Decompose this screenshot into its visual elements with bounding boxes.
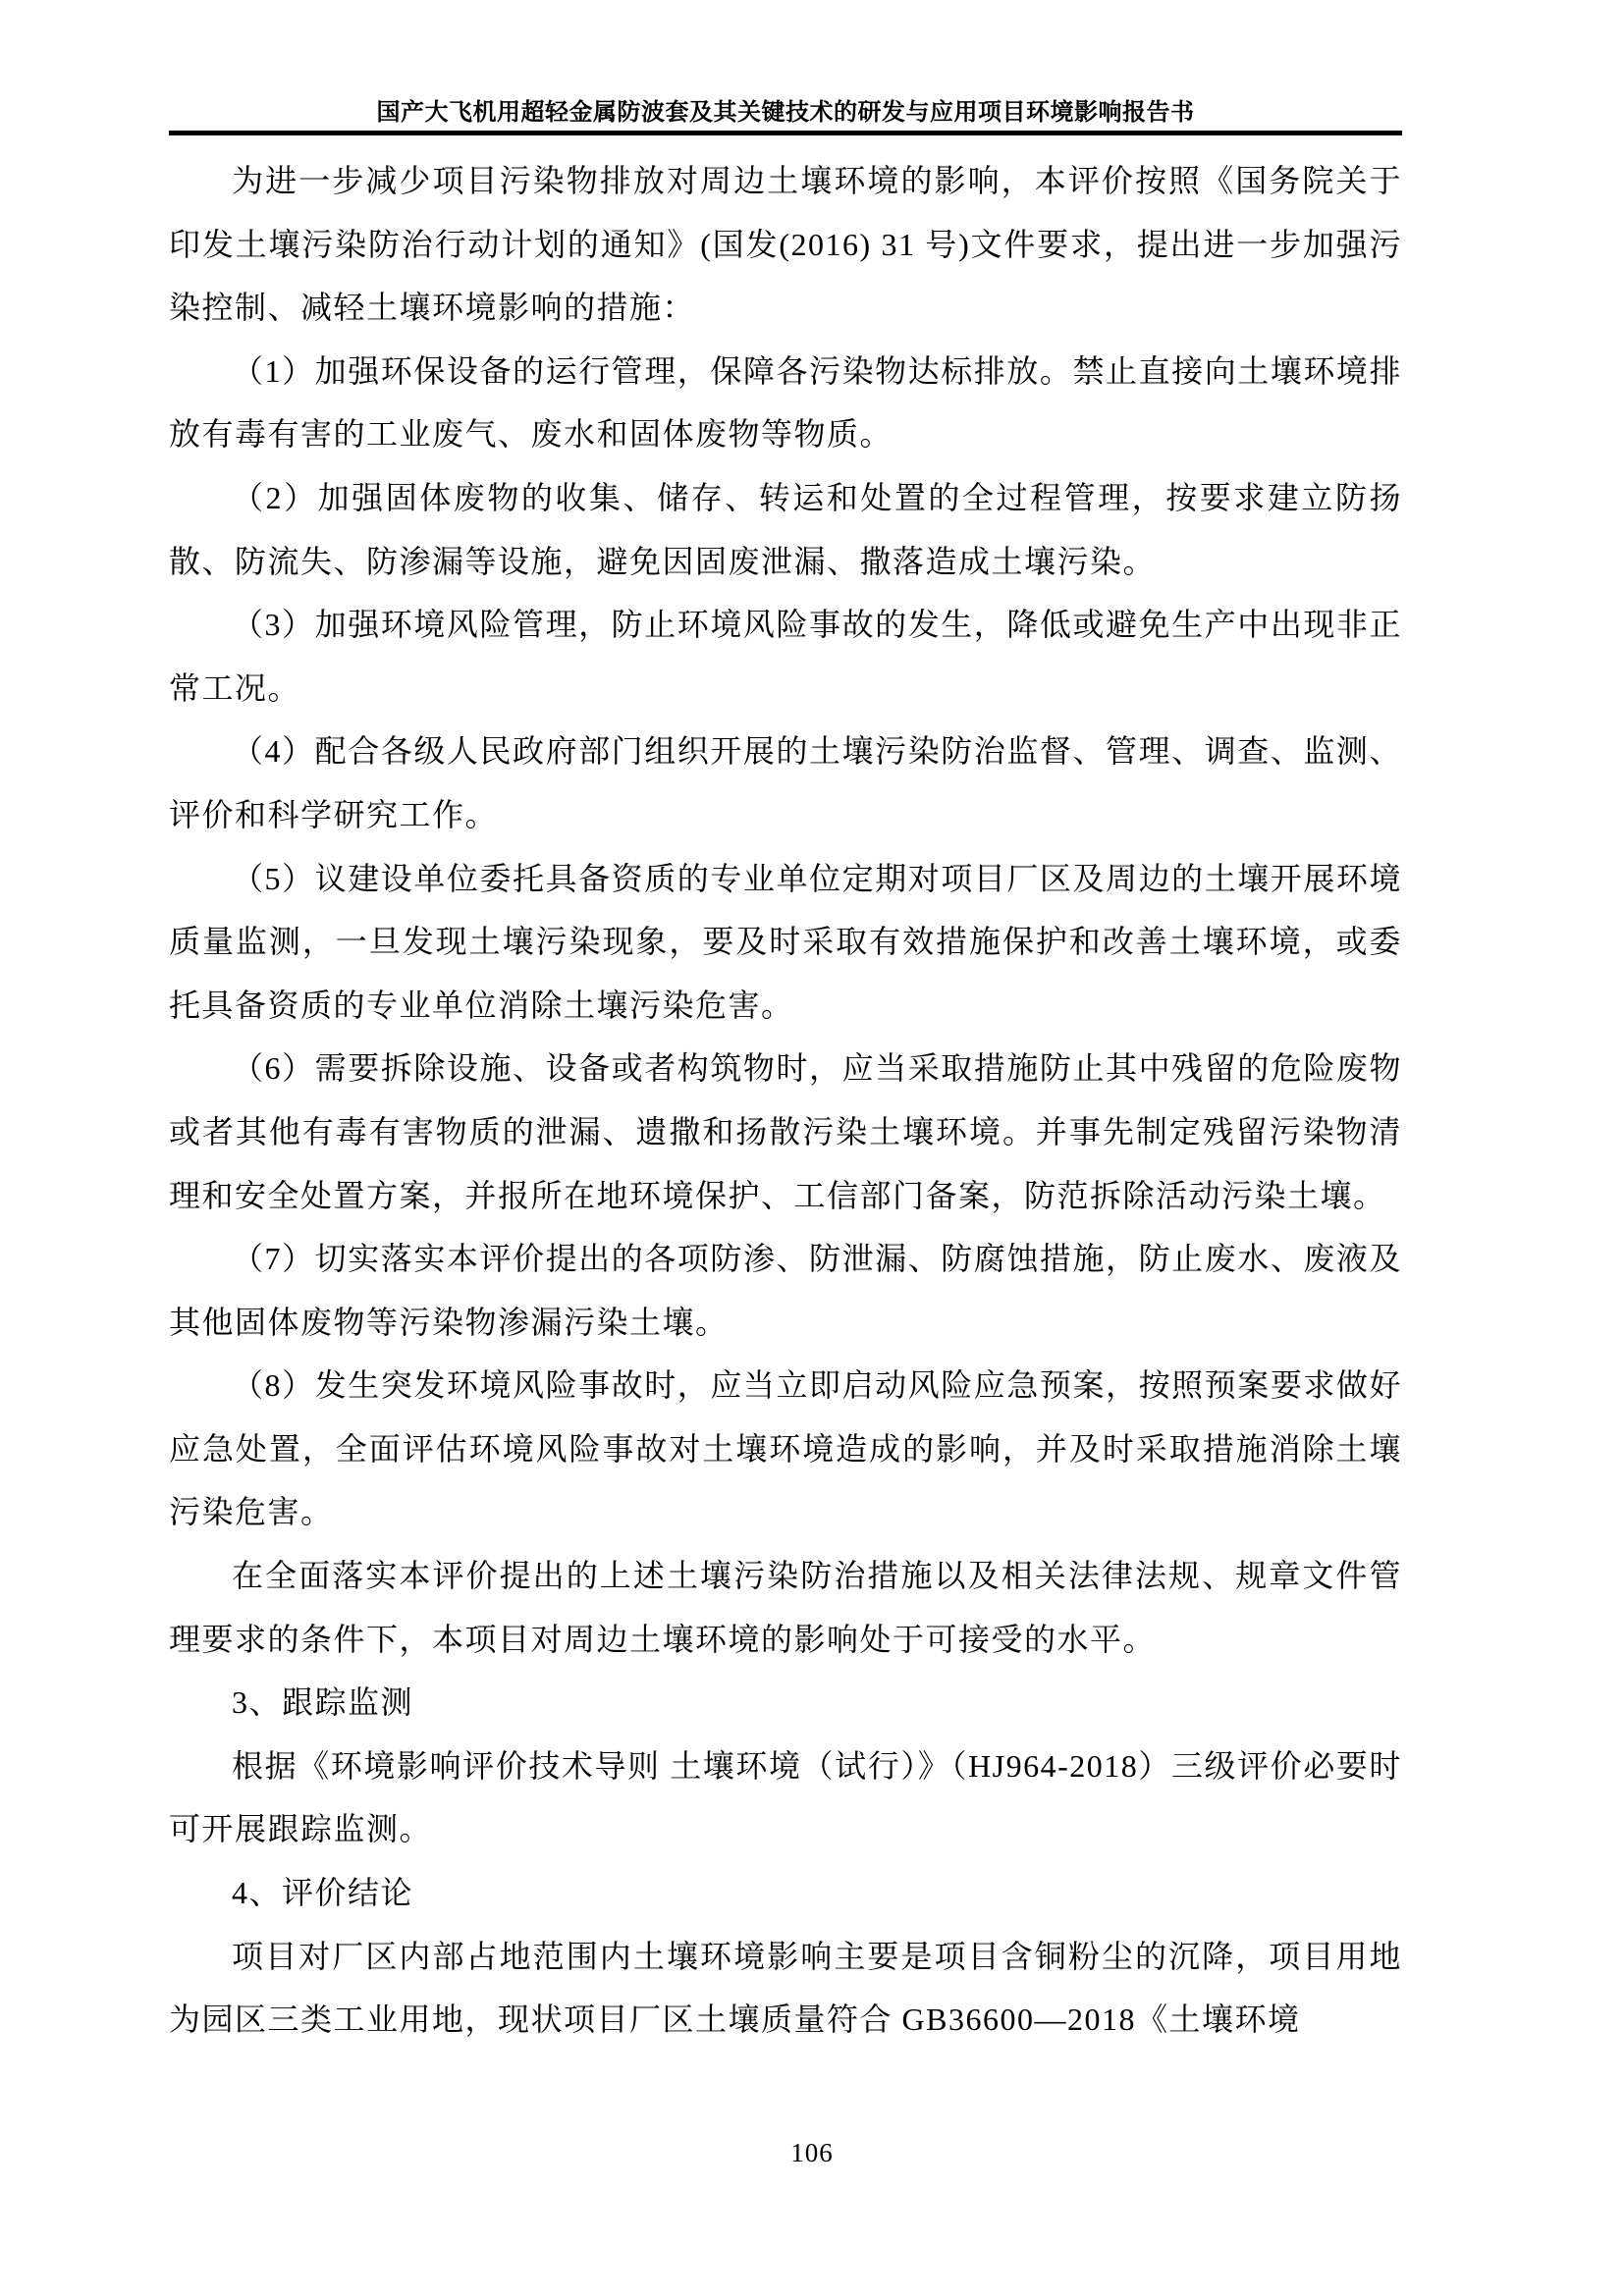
measure-item-1: （1）加强环保设备的运行管理，保障各污染物达标排放。禁止直接向土壤环境排放有毒有…: [169, 340, 1402, 466]
measure-item-5: （5）议建设单位委托具备资质的专业单位定期对项目厂区及周边的土壤开展环境质量监测…: [169, 847, 1402, 1038]
measure-item-6: （6）需要拆除设施、设备或者构筑物时，应当采取措施防止其中残留的危险废物或者其他…: [169, 1037, 1402, 1227]
page-number: 106: [0, 2136, 1624, 2169]
header-rule: [169, 131, 1402, 135]
document-page: 国产大飞机用超轻金属防波套及其关键技术的研发与应用项目环境影响报告书 为进一步减…: [0, 0, 1624, 2296]
section3-heading: 3、跟踪监测: [169, 1671, 1402, 1735]
closing-paragraph: 在全面落实本评价提出的上述土壤污染防治措施以及相关法律法规、规章文件管理要求的条…: [169, 1544, 1402, 1671]
measure-item-2: （2）加强固体废物的收集、储存、转运和处置的全过程管理，按要求建立防扬散、防流失…: [169, 466, 1402, 593]
measure-item-4: （4）配合各级人民政府部门组织开展的土壤污染防治监督、管理、调查、监测、评价和科…: [169, 720, 1402, 846]
header-title: 国产大飞机用超轻金属防波套及其关键技术的研发与应用项目环境影响报告书: [169, 98, 1402, 128]
section4-paragraph: 项目对厂区内部占地范围内土壤环境影响主要是项目含铜粉尘的沉降，项目用地为园区三类…: [169, 1925, 1402, 2052]
measure-item-3: （3）加强环境风险管理，防止环境风险事故的发生，降低或避免生产中出现非正常工况。: [169, 593, 1402, 720]
intro-paragraph: 为进一步减少项目污染物排放对周边土壤环境的影响，本评价按照《国务院关于印发土壤污…: [169, 149, 1402, 340]
section3-paragraph: 根据《环境影响评价技术导则 土壤环境（试行）》（HJ964-2018）三级评价必…: [169, 1735, 1402, 1861]
section4-heading: 4、评价结论: [169, 1861, 1402, 1925]
measure-item-8: （8）发生突发环境风险事故时，应当立即启动风险应急预案，按照预案要求做好应急处置…: [169, 1354, 1402, 1544]
measure-item-7: （7）切实落实本评价提出的各项防渗、防泄漏、防腐蚀措施，防止废水、废液及其他固体…: [169, 1227, 1402, 1354]
document-body: 为进一步减少项目污染物排放对周边土壤环境的影响，本评价按照《国务院关于印发土壤污…: [169, 149, 1402, 2052]
